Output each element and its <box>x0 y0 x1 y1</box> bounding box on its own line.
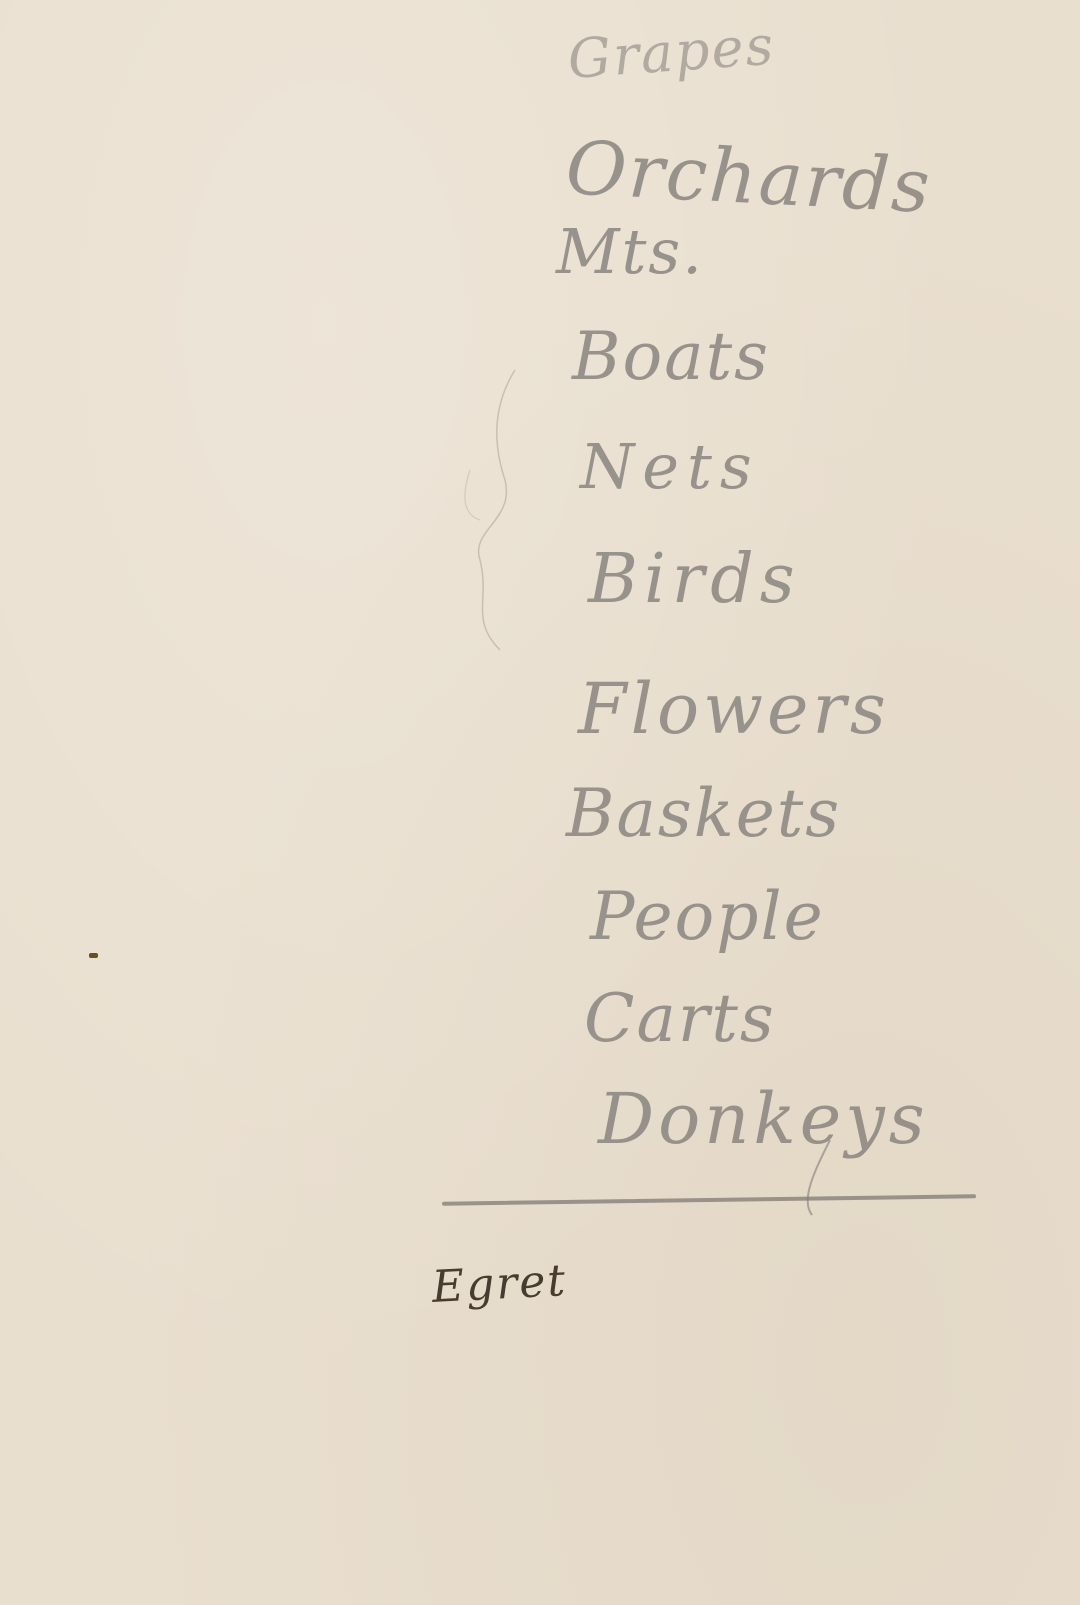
list-item-birds: Birds <box>588 540 801 619</box>
list-item-baskets: Baskets <box>566 775 841 852</box>
ink-speck <box>89 953 98 958</box>
list-item-boats: Boats <box>572 318 770 395</box>
horizontal-rule <box>442 1194 976 1205</box>
list-item-donkeys: Donkeys <box>598 1078 929 1160</box>
list-item-mts: Mts. <box>556 215 704 288</box>
list-item-carts: Carts <box>584 980 776 1057</box>
paper-sheet: Grapes Orchards Mts. Boats Nets Birds Fl… <box>0 0 1080 1605</box>
list-item-flowers: Flowers <box>578 668 890 750</box>
pencil-scribble <box>0 0 1080 1605</box>
list-item-nets: Nets <box>580 430 760 503</box>
egret-label: Egret <box>431 1255 569 1313</box>
list-item-people: People <box>590 878 825 955</box>
list-item-grapes: Grapes <box>566 14 777 91</box>
